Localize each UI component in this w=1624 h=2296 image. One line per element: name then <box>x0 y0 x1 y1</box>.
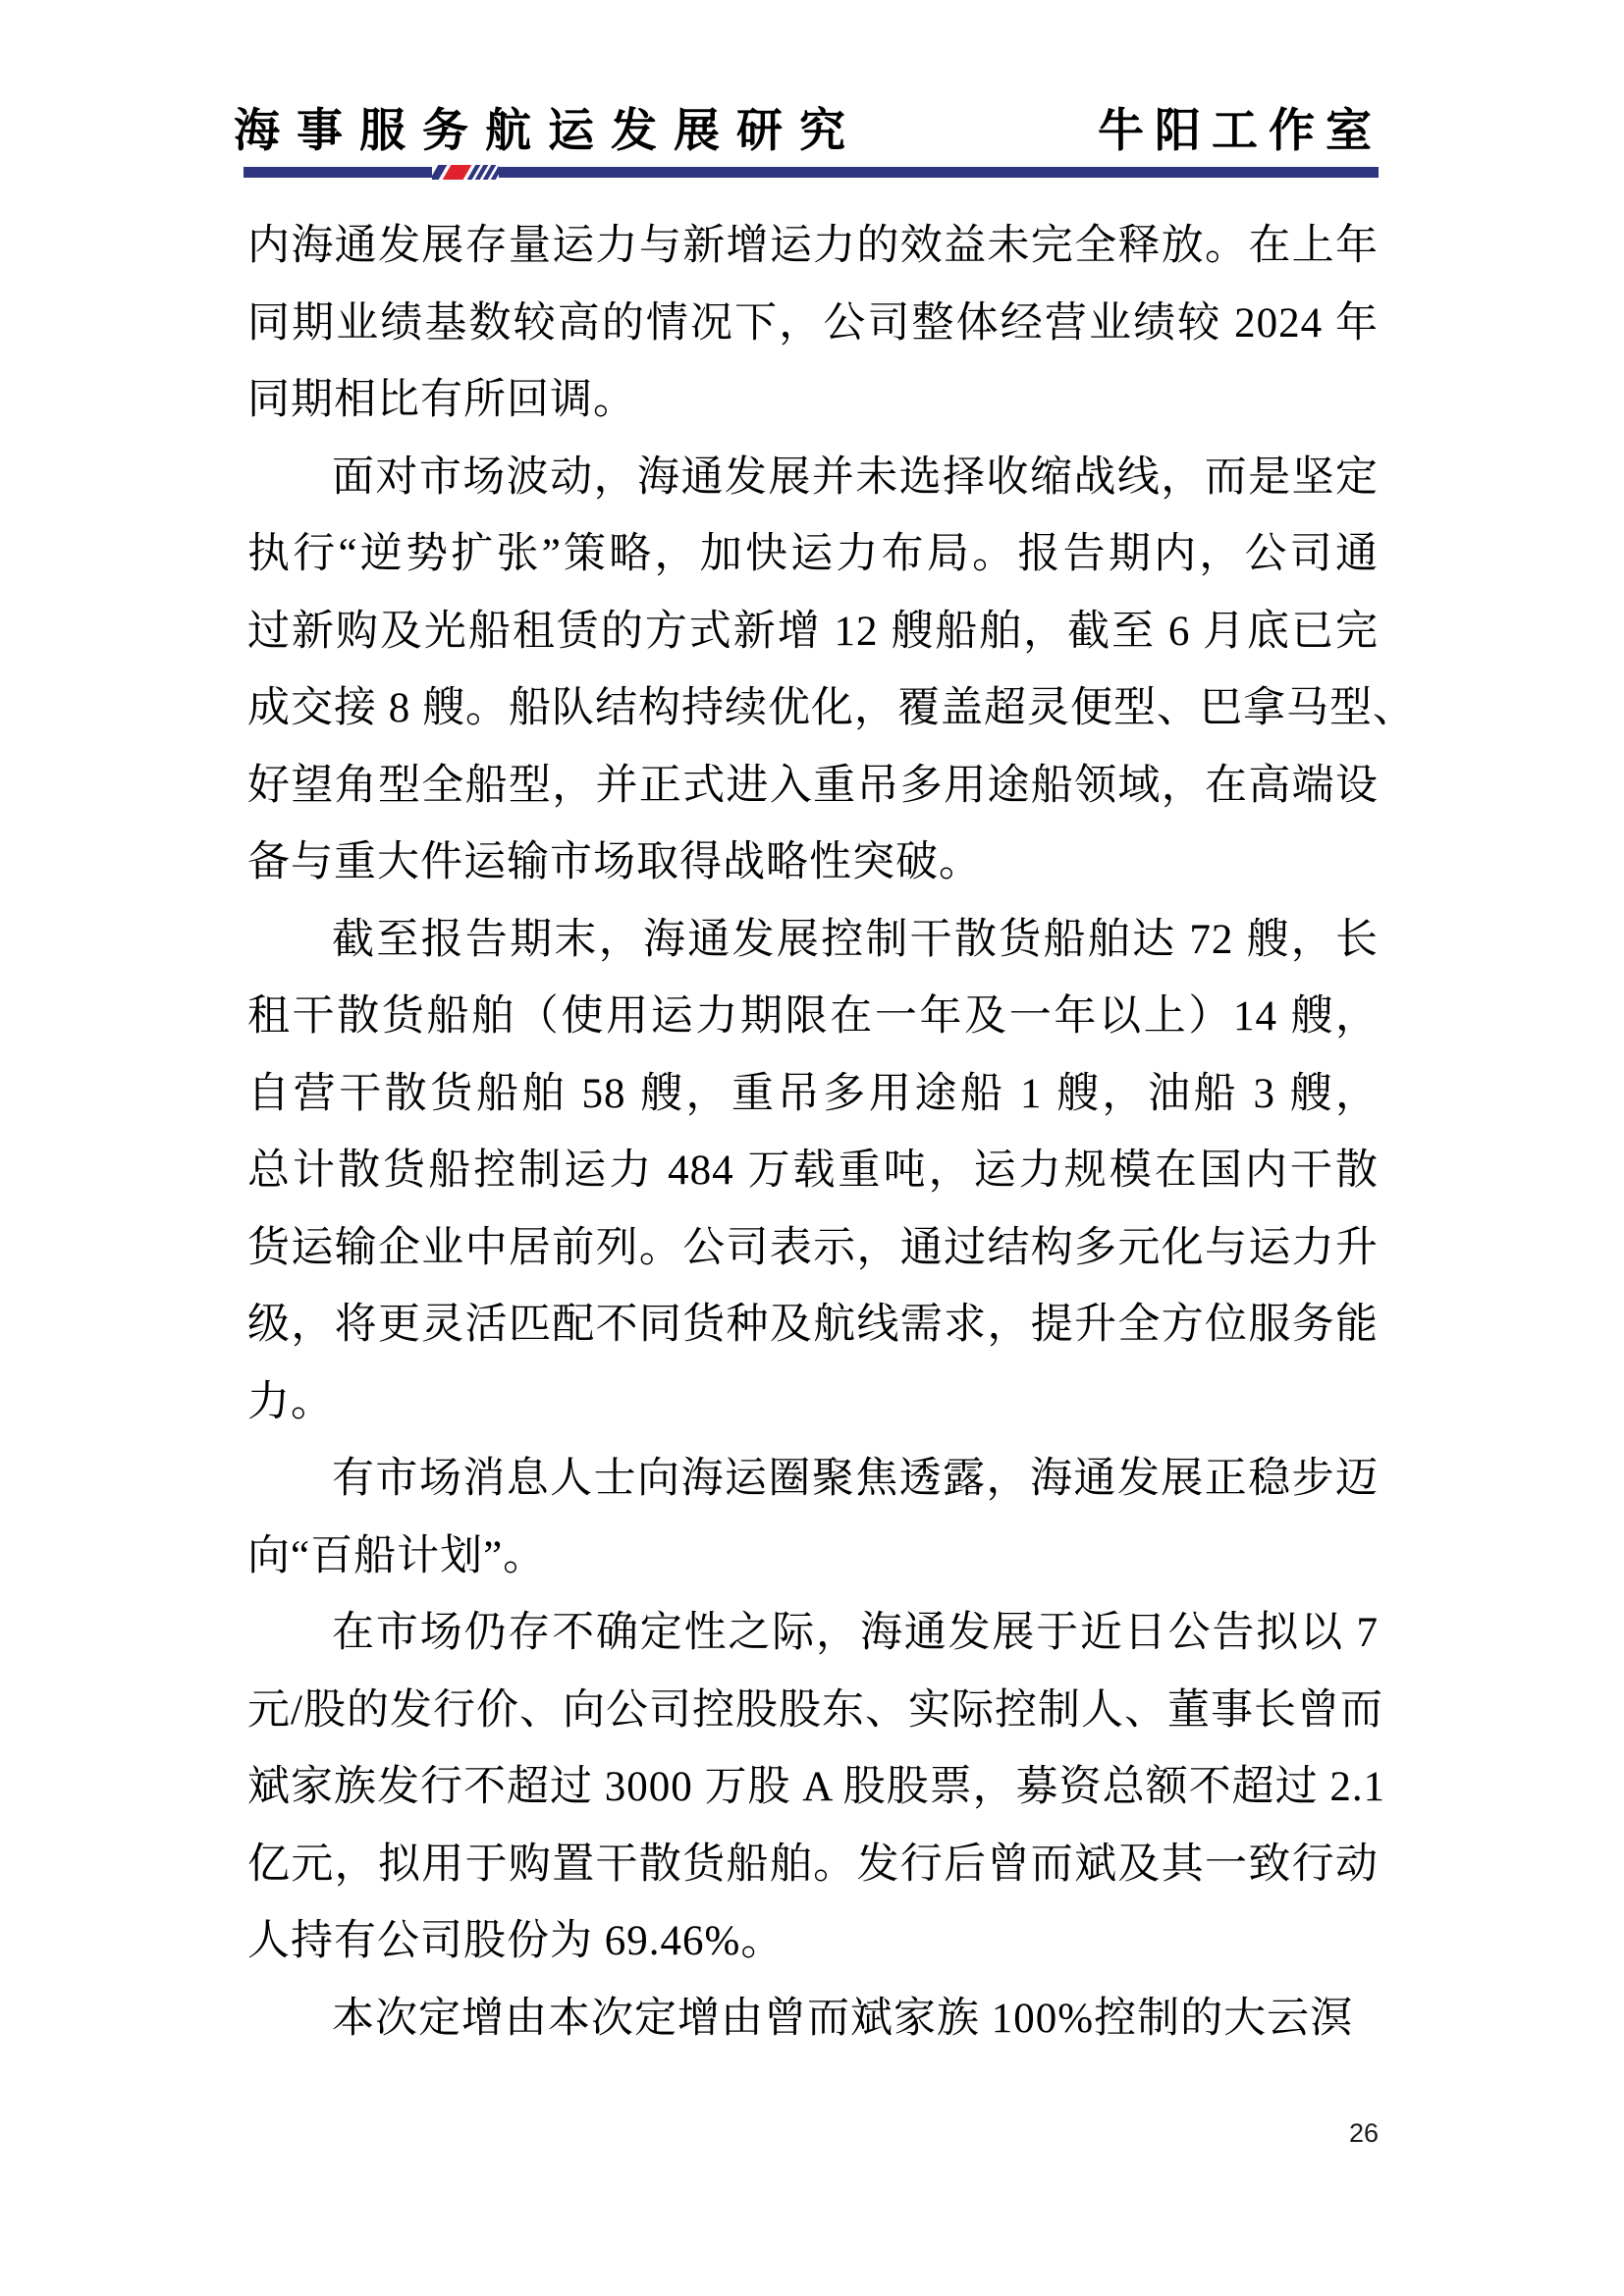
header-right-title: 牛阳工作室 <box>1098 94 1382 160</box>
text-line: 租干散货船舶（使用运力期限在一年及一年以上）14 艘， <box>247 979 1379 1056</box>
text-line: 货运输企业中居前列。公司表示，通过结构多元化与运力升 <box>247 1210 1379 1288</box>
text-line: 在市场仍存不确定性之际，海通发展于近日公告拟以 7 <box>247 1595 1379 1673</box>
paragraph: 内海通发展存量运力与新增运力的效益未完全释放。在上年同期业绩基数较高的情况下，公… <box>247 208 1379 440</box>
text-line: 备与重大件运输市场取得战略性突破。 <box>247 825 1379 902</box>
divider-stripe-decoration <box>432 165 499 180</box>
text-line: 自营干散货船舶 58 艘，重吊多用途船 1 艘，油船 3 艘， <box>247 1056 1379 1134</box>
page-number: 26 <box>1349 2118 1379 2149</box>
text-line: 过新购及光船租赁的方式新增 12 艘船舶，截至 6 月底已完 <box>247 594 1379 671</box>
document-page: 海事服务航运发展研究 牛阳工作室 内海通发展存量运力与新增运力的效益未完全释放。… <box>0 0 1624 2296</box>
text-line: 成交接 8 艘。船队结构持续优化，覆盖超灵便型、巴拿马型、 <box>247 670 1379 748</box>
paragraph: 在市场仍存不确定性之际，海通发展于近日公告拟以 7元/股的发行价、向公司控股股东… <box>247 1595 1379 1981</box>
text-line: 级，将更灵活匹配不同货种及航线需求，提升全方位服务能 <box>247 1287 1379 1364</box>
text-line: 本次定增由本次定增由曾而斌家族 100%控制的大云溟 <box>247 1981 1379 2058</box>
text-line: 亿元，拟用于购置干散货船舶。发行后曾而斌及其一致行动 <box>247 1827 1379 1904</box>
text-line: 有市场消息人士向海运圈聚焦透露，海通发展正稳步迈 <box>247 1441 1379 1519</box>
text-line: 同期相比有所回调。 <box>247 362 1379 440</box>
header-divider-bar <box>244 167 1379 178</box>
text-line: 斌家族发行不超过 3000 万股 A 股股票，募资总额不超过 2.1 <box>247 1749 1379 1827</box>
text-line: 元/股的发行价、向公司控股股东、实际控制人、董事长曾而 <box>247 1673 1379 1750</box>
text-line: 内海通发展存量运力与新增运力的效益未完全释放。在上年 <box>247 208 1379 286</box>
header-left-title: 海事服务航运发展研究 <box>234 94 862 160</box>
text-line: 人持有公司股份为 69.46%。 <box>247 1903 1379 1981</box>
paragraph: 有市场消息人士向海运圈聚焦透露，海通发展正稳步迈向“百船计划”。 <box>247 1441 1379 1595</box>
text-line: 执行“逆势扩张”策略，加快运力布局。报告期内，公司通 <box>247 516 1379 594</box>
text-line: 面对市场波动，海通发展并未选择收缩战线，而是坚定 <box>247 440 1379 517</box>
paragraph: 本次定增由本次定增由曾而斌家族 100%控制的大云溟 <box>247 1981 1379 2058</box>
text-line: 总计散货船控制运力 484 万载重吨，运力规模在国内干散 <box>247 1133 1379 1210</box>
text-line: 力。 <box>247 1364 1379 1442</box>
paragraph: 面对市场波动，海通发展并未选择收缩战线，而是坚定执行“逆势扩张”策略，加快运力布… <box>247 440 1379 902</box>
text-line: 好望角型全船型，并正式进入重吊多用途船领域，在高端设 <box>247 748 1379 826</box>
text-line: 向“百船计划”。 <box>247 1519 1379 1596</box>
text-line: 截至报告期末，海通发展控制干散货船舶达 72 艘，长 <box>247 902 1379 980</box>
text-line: 同期业绩基数较高的情况下，公司整体经营业绩较 2024 年 <box>247 286 1379 363</box>
paragraph: 截至报告期末，海通发展控制干散货船舶达 72 艘，长租干散货船舶（使用运力期限在… <box>247 902 1379 1442</box>
body-text: 内海通发展存量运力与新增运力的效益未完全释放。在上年同期业绩基数较高的情况下，公… <box>247 208 1379 2057</box>
